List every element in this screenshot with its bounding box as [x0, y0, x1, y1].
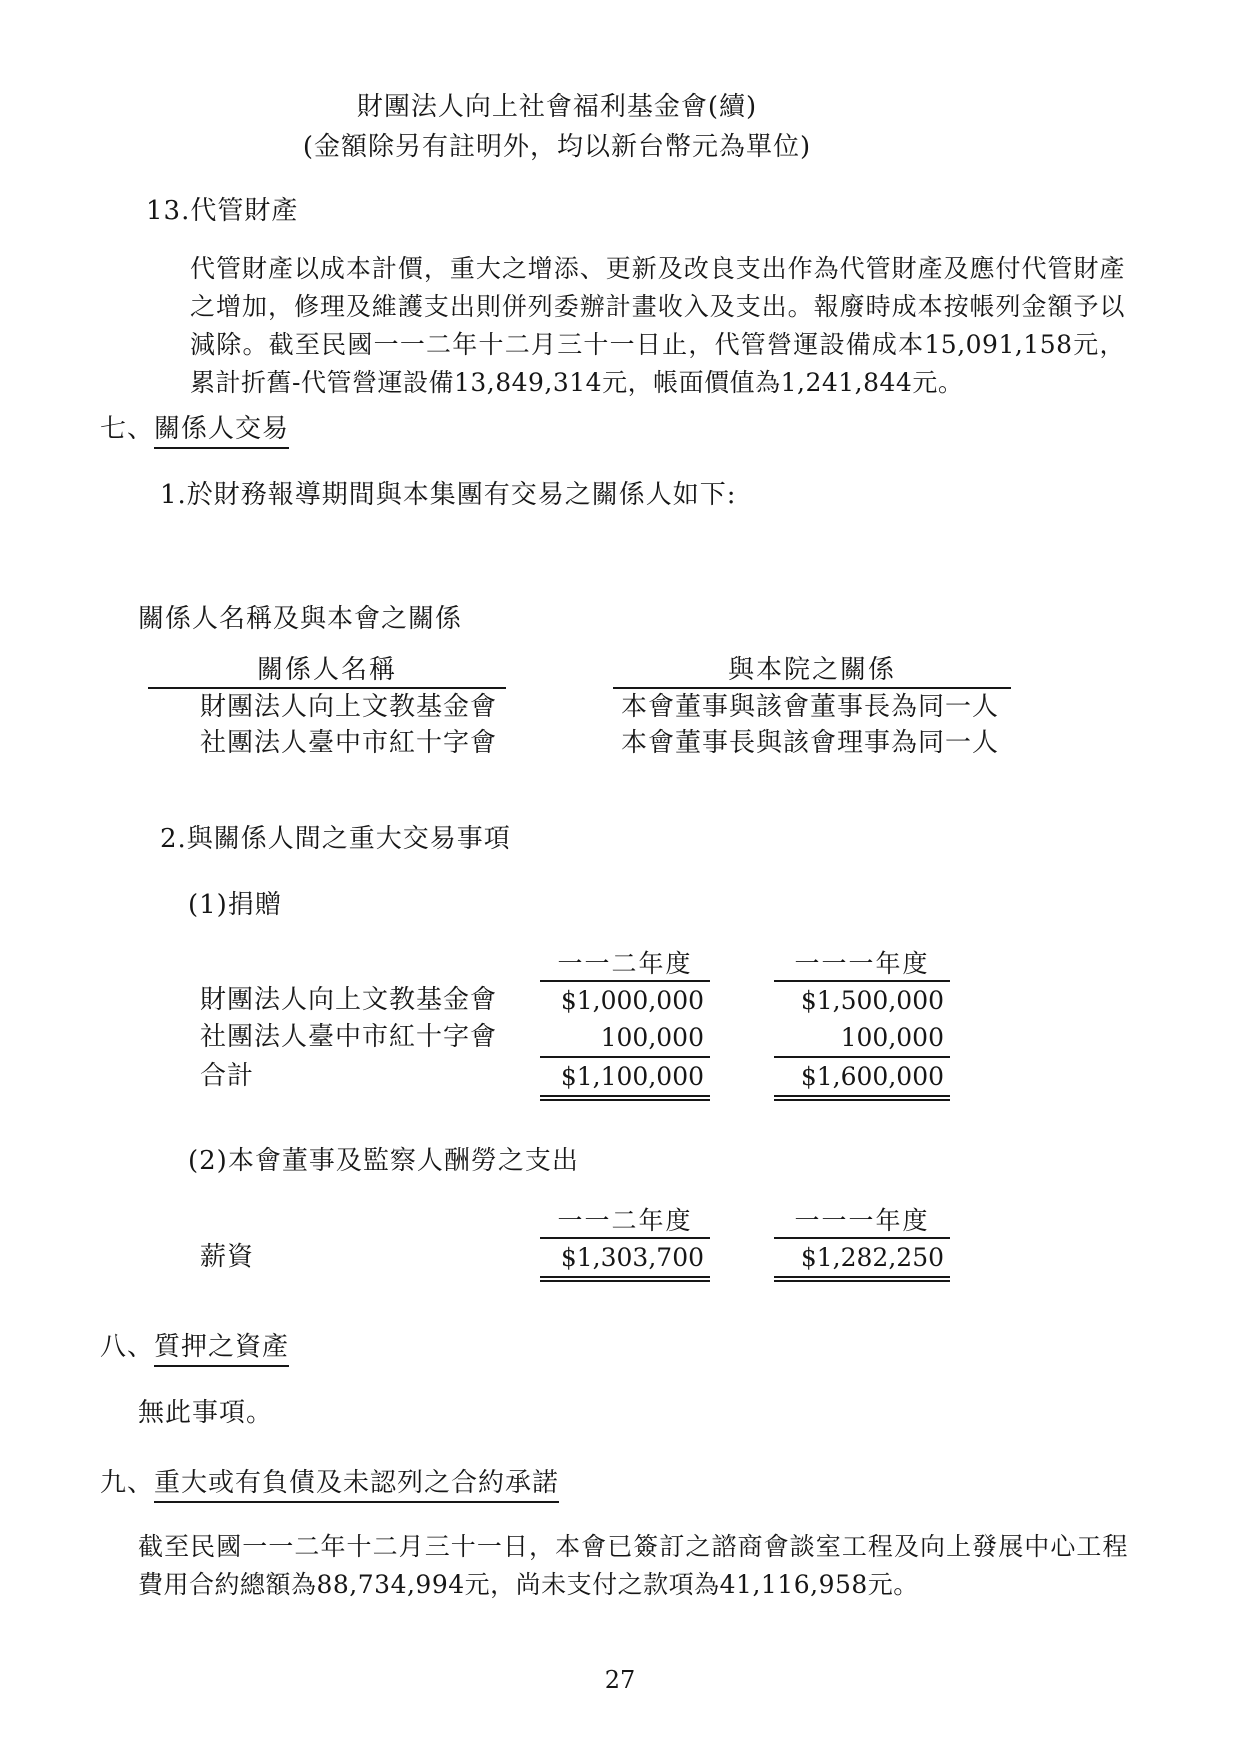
donation-row-amount-112: $1,000,000	[540, 982, 710, 1019]
year-111-header: 一一一年度	[774, 948, 950, 982]
header-spacer	[200, 1205, 540, 1239]
document-page: 財團法人向上社會福利基金會(續) (金額除另有註明外，均以新台幣元為單位) 13…	[0, 0, 1240, 1754]
column-spacer	[710, 1058, 774, 1101]
donation-row-label: 財團法人向上文教基金會	[200, 982, 540, 1019]
donation-row-label: 社團法人臺中市紅十字會	[200, 1019, 540, 1058]
donations-table: 一一二年度 一一一年度 財團法人向上文教基金會 $1,000,000 $1,50…	[200, 948, 950, 1101]
column-header-relation: 與本院之關係	[613, 653, 1011, 689]
section-9-heading: 九、重大或有負債及未認列之合約承諾	[100, 1462, 559, 1499]
donation-row-amount-111: 100,000	[774, 1019, 950, 1058]
donations-heading: (1)捐贈	[188, 884, 282, 921]
section-7-item-2-heading: 2.與關係人間之重大交易事項	[160, 818, 511, 855]
column-spacer	[710, 982, 774, 1019]
donation-total-amount-112: $1,100,000	[540, 1058, 710, 1101]
remuneration-table: 一一二年度 一一一年度 薪資 $1,303,700 $1,282,250	[200, 1205, 950, 1282]
section-8-heading: 八、質押之資產	[100, 1326, 289, 1363]
related-party-name: 社團法人臺中市紅十字會	[148, 725, 506, 761]
year-112-header: 一一二年度	[540, 1205, 710, 1239]
column-header-name: 關係人名稱	[148, 653, 506, 689]
salary-amount-112: $1,303,700	[540, 1239, 710, 1282]
section-7-heading: 七、關係人交易	[100, 408, 289, 445]
column-spacer	[506, 689, 613, 725]
section-9-number: 九、	[100, 1468, 154, 1498]
column-spacer	[710, 1019, 774, 1058]
document-title: 財團法人向上社會福利基金會(續)	[0, 86, 1114, 123]
section-8-body: 無此事項。	[138, 1392, 273, 1429]
header-spacer	[200, 948, 540, 982]
donation-row-amount-112: 100,000	[540, 1019, 710, 1058]
section-7-title: 關係人交易	[154, 414, 289, 449]
related-parties-caption: 關係人名稱及與本會之關係	[138, 598, 462, 635]
column-spacer	[710, 1239, 774, 1282]
salary-row-label: 薪資	[200, 1239, 540, 1282]
related-party-relation: 本會董事與該會董事長為同一人	[613, 689, 1011, 725]
section-13-body: 代管財產以成本計價，重大之增添、更新及改良支出作為代管財產及應付代管財產之增加，…	[190, 250, 1125, 402]
related-party-table: 關係人名稱 與本院之關係 財團法人向上文教基金會 本會董事與該會董事長為同一人 …	[148, 653, 1011, 761]
donation-row-amount-111: $1,500,000	[774, 982, 950, 1019]
column-spacer	[506, 653, 613, 689]
column-spacer	[506, 725, 613, 761]
year-112-header: 一一二年度	[540, 948, 710, 982]
remuneration-heading: (2)本會董事及監察人酬勞之支出	[188, 1140, 579, 1177]
column-spacer	[710, 948, 774, 982]
column-spacer	[710, 1205, 774, 1239]
related-party-relation: 本會董事長與該會理事為同一人	[613, 725, 1011, 761]
section-7-number: 七、	[100, 414, 154, 444]
document-subtitle: (金額除另有註明外，均以新台幣元為單位)	[0, 126, 1114, 163]
section-9-title: 重大或有負債及未認列之合約承諾	[154, 1468, 559, 1503]
year-111-header: 一一一年度	[774, 1205, 950, 1239]
donation-total-amount-111: $1,600,000	[774, 1058, 950, 1101]
section-13-heading: 13.代管財產	[146, 190, 298, 227]
related-party-name: 財團法人向上文教基金會	[148, 689, 506, 725]
donation-total-label: 合計	[200, 1058, 540, 1101]
section-8-title: 質押之資產	[154, 1332, 289, 1367]
salary-amount-111: $1,282,250	[774, 1239, 950, 1282]
page-number: 27	[0, 1666, 1240, 1694]
section-8-number: 八、	[100, 1332, 154, 1362]
section-9-body: 截至民國一一二年十二月三十一日，本會已簽訂之諮商會談室工程及向上發展中心工程費用…	[138, 1528, 1128, 1604]
related-parties-intro: 1.於財務報導期間與本集團有交易之關係人如下:	[160, 474, 737, 511]
